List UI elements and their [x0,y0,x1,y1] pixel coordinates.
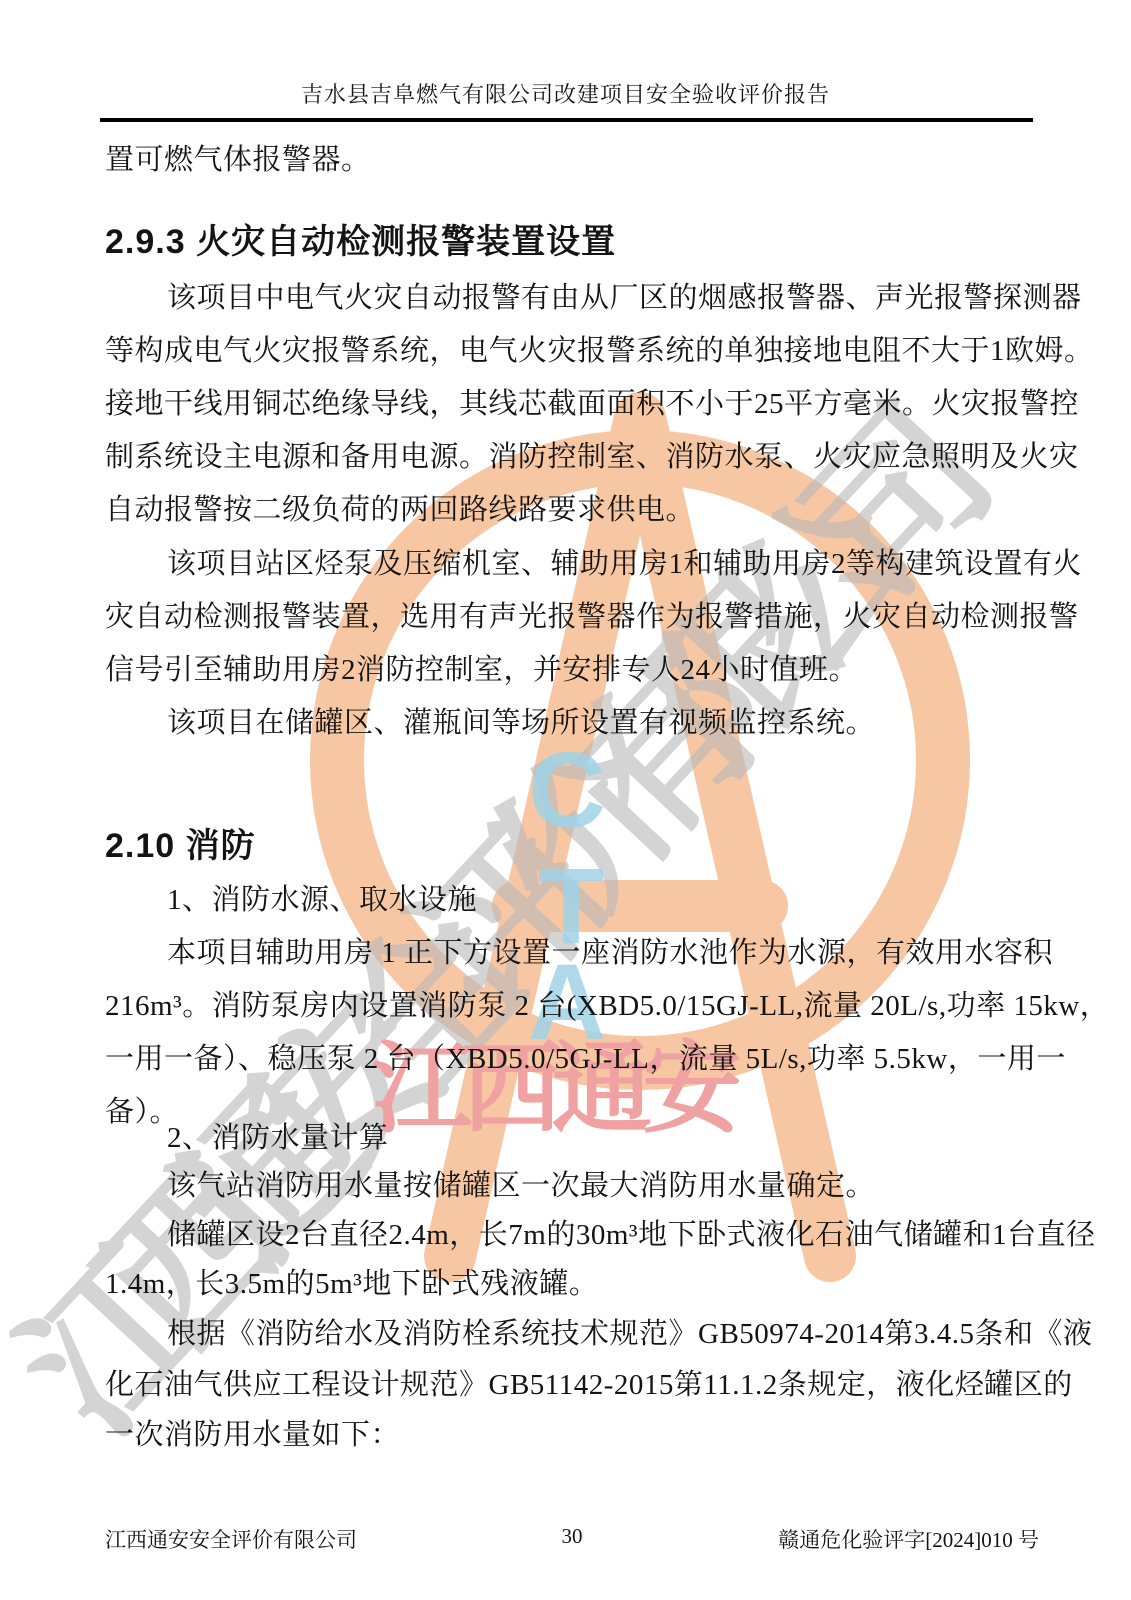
header-rule [100,118,1033,122]
body-line: 一次消防用水量如下： [105,1412,1045,1453]
body-line: 接地干线用铜芯绝缘导线，其线芯截面面积不小于25平方毫米。火灾报警控 [105,381,1045,422]
footer-company: 江西通安安全评价有限公司 [105,1524,357,1554]
body-line: 该项目中电气火灾自动报警有由从厂区的烟感报警器、声光报警探测器 [105,275,1045,316]
body-line: 该项目站区烃泵及压缩机室、辅助用房1和辅助用房2等构建筑设置有火 [105,541,1045,582]
body-line: 216m³。消防泵房内设置消防泵 2 台(XBD5.0/15GJ-LL,流量 2… [105,983,1045,1024]
body-line: 信号引至辅助用房2消防控制室，并安排专人24小时值班。 [105,647,1045,688]
body-line: 置可燃气体报警器。 [105,137,1045,178]
body-line: 2、消防水量计算 [105,1115,1045,1156]
body-line: 等构成电气火灾报警系统，电气火灾报警系统的单独接地电阻不大于1欧姆。 [105,328,1045,369]
body-line: 本项目辅助用房 1 正下方设置一座消防水池作为水源，有效用水容积 [105,930,1045,971]
footer-doc-number: 赣通危化验评字[2024]010 号 [778,1524,1039,1554]
document-page: 吉水县吉阜燃气有限公司改建项目安全验收评价报告 置可燃气体报警器。 2.9.3 … [0,0,1131,1600]
body-line: 灾自动检测报警装置，选用有声光报警器作为报警措施，火灾自动检测报警 [105,594,1045,635]
body-line: 1、消防水源、取水设施 [105,877,1045,918]
body-line: 根据《消防给水及消防栓系统技术规范》GB50974-2014第3.4.5条和《液 [105,1311,1045,1352]
body-line: 一用一备）、稳压泵 2 台（XBD5.0/5GJ-LL，流量 5L/s,功率 5… [105,1036,1045,1077]
body-line: 1.4m，长3.5m的5m³地下卧式残液罐。 [105,1261,1045,1302]
body-line: 化石油气供应工程设计规范》GB51142-2015第11.1.2条规定，液化烃罐… [105,1362,1045,1403]
body-line: 该气站消防用水量按储罐区一次最大消防用水量确定。 [105,1163,1045,1204]
body-line: 制系统设主电源和备用电源。消防控制室、消防水泵、火灾应急照明及火灾 [105,434,1045,475]
page-footer: 30 江西通安安全评价有限公司 赣通危化验评字[2024]010 号 [105,1524,1039,1554]
body-line: 储罐区设2台直径2.4m，长7m的30m³地下卧式液化石油气储罐和1台直径 [105,1212,1045,1253]
body-line: 该项目在储罐区、灌瓶间等场所设置有视频监控系统。 [105,700,1045,741]
section-heading-2-9-3: 2.9.3 火灾自动检测报警装置设置 [105,214,616,263]
section-heading-2-10: 2.10 消防 [105,818,256,867]
body-line: 自动报警按二级负荷的两回路线路要求供电。 [105,487,1045,528]
page-header-title: 吉水县吉阜燃气有限公司改建项目安全验收评价报告 [0,78,1131,109]
